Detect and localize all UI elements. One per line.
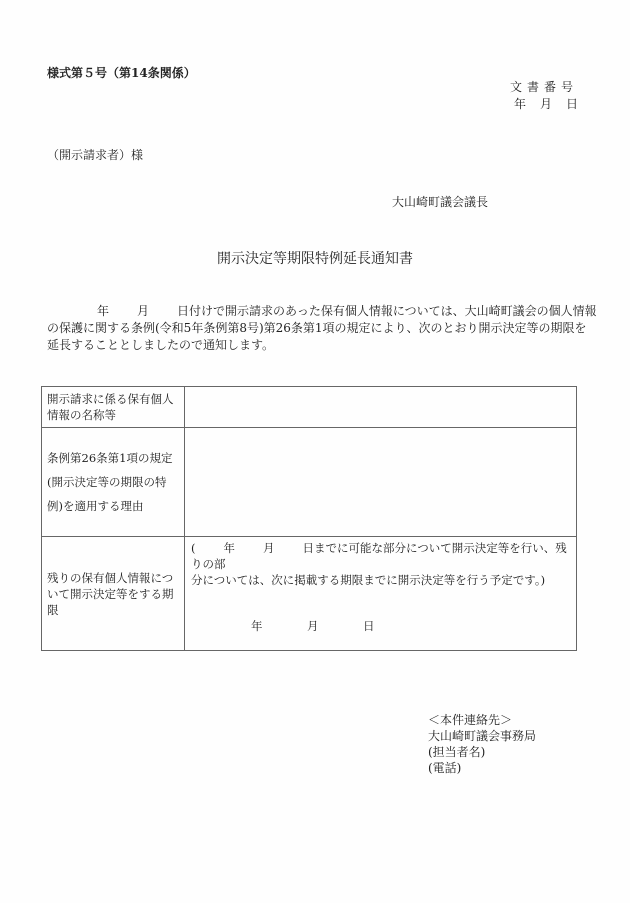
deadline-date: 年月日 <box>191 618 570 634</box>
deadline-year: 年 <box>251 618 307 634</box>
row-value-info-name[interactable] <box>185 387 577 428</box>
page-title: 開示決定等期限特例延長通知書 <box>0 248 630 268</box>
body-line-2: の保護に関する条例(令和5年条例第8号)第26条第1項の規定により、次のとおり開… <box>47 320 587 337</box>
table-row: 条例第26条第1項の規定(開示決定等の期限の特例)を適用する理由 <box>42 428 577 537</box>
row-label-info-name: 開示請求に係る保有個人情報の名称等 <box>42 387 185 428</box>
body-paragraph: 年月日付けで開示請求のあった保有個人情報については、大山崎町議会の個人情報 の保… <box>47 303 587 354</box>
date-month: 月 <box>540 97 552 111</box>
deadline-note: (年月日までに可能な部分について開示決定等を行い、残りの部 分については、次に掲… <box>191 540 570 588</box>
recipient: （開示請求者）様 <box>47 146 143 163</box>
contact-heading: ＜本件連絡先＞ <box>428 712 536 728</box>
form-number: 様式第５号（第14条関係） <box>47 64 196 81</box>
table-row: 残りの保有個人情報について開示決定等をする期限 (年月日までに可能な部分について… <box>42 537 577 651</box>
contact-block: ＜本件連絡先＞ 大山崎町議会事務局 (担当者名) (電話) <box>428 712 536 776</box>
table-row: 開示請求に係る保有個人情報の名称等 <box>42 387 577 428</box>
deadline-day: 日 <box>363 618 419 634</box>
date-day: 日 <box>566 97 578 111</box>
document-number-label: 文書番号 <box>510 78 578 95</box>
info-table: 開示請求に係る保有個人情報の名称等 条例第26条第1項の規定(開示決定等の期限の… <box>41 386 577 651</box>
contact-office: 大山崎町議会事務局 <box>428 728 536 744</box>
body-line-1: 年月日付けで開示請求のあった保有個人情報については、大山崎町議会の個人情報 <box>47 303 587 320</box>
row-label-deadline: 残りの保有個人情報について開示決定等をする期限 <box>42 537 185 651</box>
contact-phone: (電話) <box>428 760 536 776</box>
deadline-month: 月 <box>307 618 363 634</box>
row-value-reason[interactable] <box>185 428 577 537</box>
contact-person: (担当者名) <box>428 744 536 760</box>
sender: 大山崎町議会議長 <box>392 193 488 210</box>
row-label-reason: 条例第26条第1項の規定(開示決定等の期限の特例)を適用する理由 <box>42 428 185 537</box>
document-date: 年月日 <box>500 95 578 112</box>
row-value-deadline[interactable]: (年月日までに可能な部分について開示決定等を行い、残りの部 分については、次に掲… <box>185 537 577 651</box>
date-year: 年 <box>514 97 526 111</box>
body-line-3: 延長することとしましたので通知します。 <box>47 337 587 354</box>
